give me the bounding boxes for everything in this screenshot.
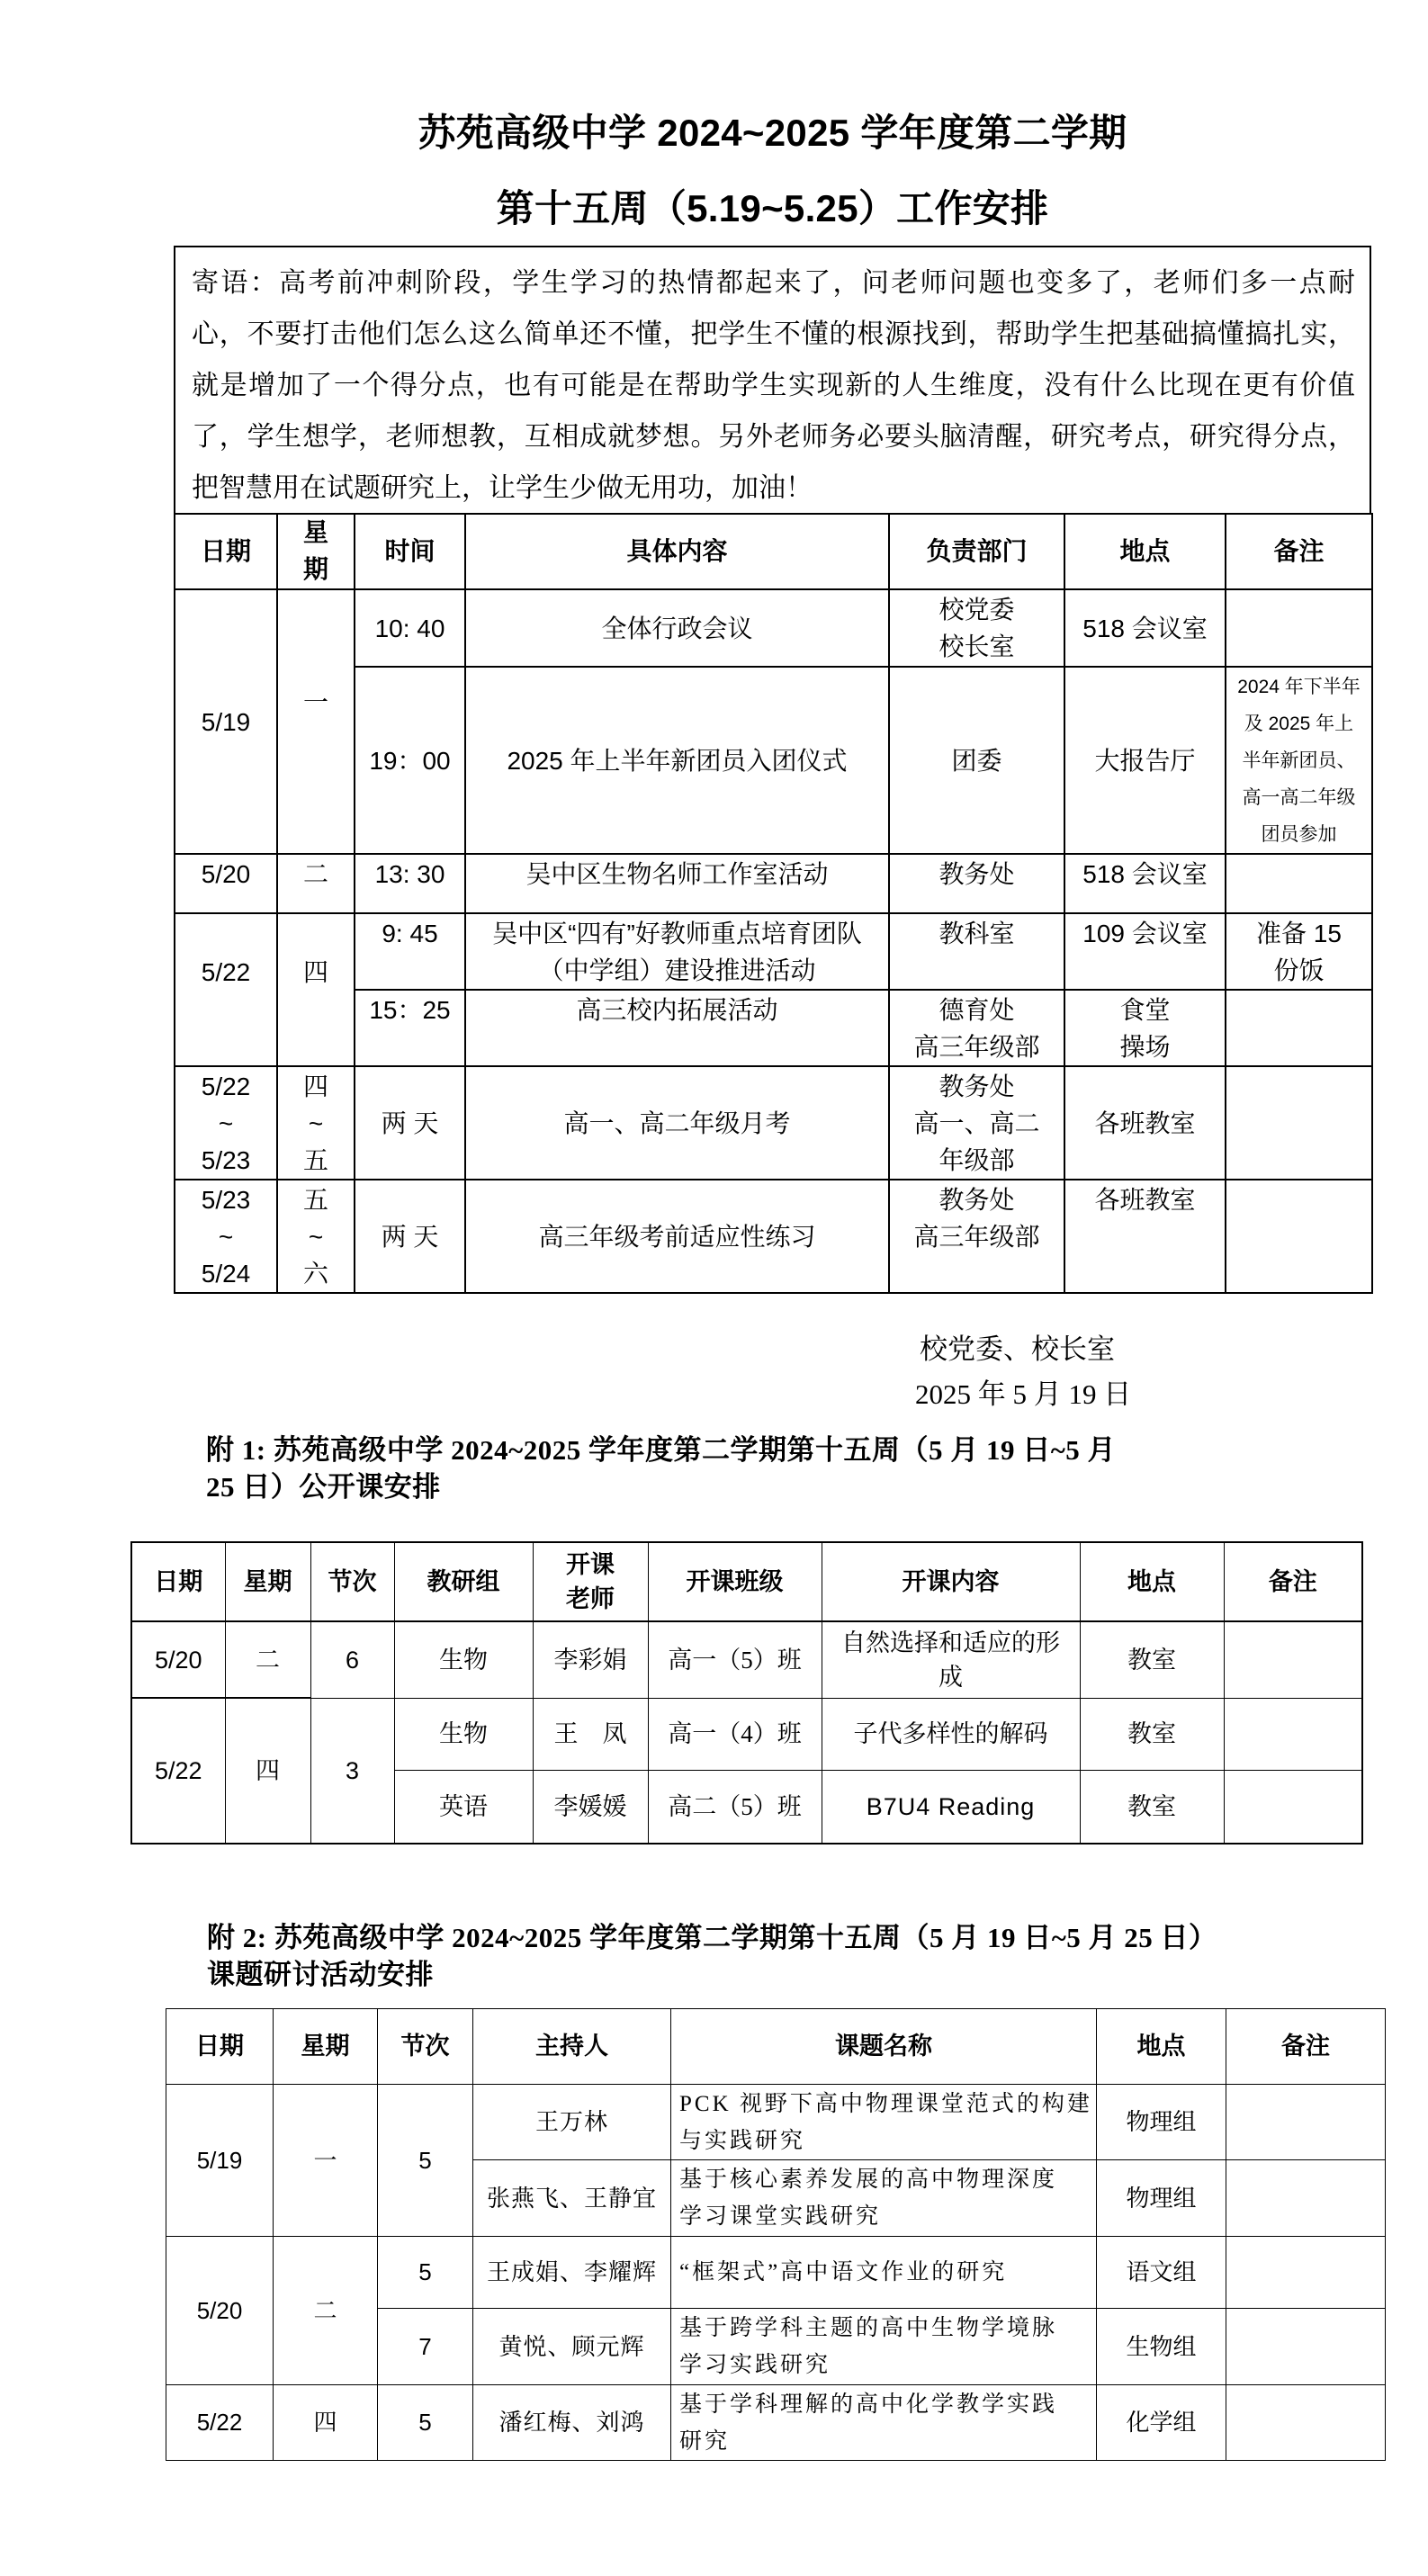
location-cell: 各班教室: [1064, 1180, 1226, 1293]
location-cell: 教室: [1080, 1621, 1224, 1698]
location-cell: 各班教室: [1064, 1066, 1226, 1180]
weekday-cell: 四: [274, 2385, 378, 2461]
period-cell: 6: [310, 1621, 394, 1698]
remarks-cell: [1226, 854, 1372, 913]
period-cell: 3: [310, 1698, 394, 1844]
table-row: 5/19 一 10: 40 全体行政会议 校党委 校长室 518 会议室: [175, 589, 1372, 667]
header-row: 日期 星期 节次 教研组 开课老师 开课班级 开课内容 地点 备注: [131, 1542, 1362, 1621]
table-row: 5/20 二 13: 30 吴中区生物名师工作室活动 教务处 518 会议室: [175, 854, 1372, 913]
motto-box: 寄语：高考前冲刺阶段，学生学习的热情都起来了，问老师问题也变多了，老师们多一点耐…: [174, 246, 1371, 514]
date-cell: 5/22: [166, 2385, 274, 2461]
date-cell: 5/22: [175, 913, 277, 1066]
location-cell: 109 会议室: [1064, 913, 1226, 990]
host-cell: 张燕飞、王静宜: [473, 2160, 671, 2237]
department-cell: 教务处 高一、高二 年级部: [889, 1066, 1064, 1180]
date-cell: 5/19: [175, 589, 277, 854]
topic-cell: PCK 视野下高中物理课堂范式的构建 与实践研究: [671, 2085, 1097, 2160]
location-cell: 化学组: [1097, 2385, 1226, 2461]
time-cell: 10: 40: [355, 589, 465, 667]
location-cell: 物理组: [1097, 2160, 1226, 2237]
remarks-cell: [1226, 1066, 1372, 1180]
remarks-cell: [1224, 1698, 1362, 1770]
table-row: 5/22 四 5 潘红梅、刘鸿 基于学科理解的高中化学教学实践 研究 化学组: [166, 2385, 1386, 2461]
header-date: 日期: [175, 514, 277, 589]
department-cell: 团委: [889, 667, 1064, 854]
remarks-cell: [1224, 1770, 1362, 1844]
content-cell: 高三校内拓展活动: [465, 990, 889, 1066]
department-cell: 教务处: [889, 854, 1064, 913]
header-content: 具体内容: [465, 514, 889, 589]
header-date: 日期: [166, 2009, 274, 2085]
header-weekday: 星期: [277, 514, 355, 589]
department-cell: 教务处 高三年级部: [889, 1180, 1064, 1293]
table-row: 5/23 ~ 5/24 五 ~ 六 两 天 高三年级考前适应性练习 教务处 高三…: [175, 1180, 1372, 1293]
remarks-cell: [1224, 1621, 1362, 1698]
attachment-1-heading: 附 1: 苏苑高级中学 2024~2025 学年度第二学期第十五周（5 月 19…: [206, 1432, 1116, 1505]
header-remarks: 备注: [1226, 2009, 1386, 2085]
open-classes-table: 日期 星期 节次 教研组 开课老师 开课班级 开课内容 地点 备注 5/20 二…: [130, 1541, 1363, 1844]
teaching-group-cell: 生物: [394, 1621, 533, 1698]
weekday-cell: 一: [274, 2085, 378, 2237]
location-cell: 物理组: [1097, 2085, 1226, 2160]
time-cell: 19：00: [355, 667, 465, 854]
lesson-content-cell: 子代多样性的解码: [822, 1698, 1080, 1770]
location-cell: 大报告厅: [1064, 667, 1226, 854]
remarks-cell: 准备 15 份饭: [1226, 913, 1372, 990]
weekday-cell: 四: [277, 913, 355, 1066]
date-cell: 5/20: [131, 1621, 225, 1698]
header-department: 负责部门: [889, 514, 1064, 589]
header-weekday: 星期: [225, 1542, 310, 1621]
research-activities-table: 日期 星期 节次 主持人 课题名称 地点 备注 5/19 一 5 王万林 PCK…: [166, 2008, 1386, 2461]
host-cell: 潘红梅、刘鸿: [473, 2385, 671, 2461]
header-location: 地点: [1080, 1542, 1224, 1621]
date-cell: 5/19: [166, 2085, 274, 2237]
remarks-cell: [1226, 1180, 1372, 1293]
weekday-cell: 五 ~ 六: [277, 1180, 355, 1293]
signature-date: 2025 年 5 月 19 日: [915, 1372, 1131, 1417]
date-cell: 5/20: [175, 854, 277, 913]
location-cell: 生物组: [1097, 2309, 1226, 2385]
header-weekday-label: 星期: [302, 515, 330, 588]
header-row: 日期 星期 时间 具体内容 负责部门 地点 备注: [175, 514, 1372, 589]
time-cell: 两 天: [355, 1180, 465, 1293]
motto-line: 就是增加了一个得分点，也有可能是在帮助学生实现新的人生维度，没有什么比现在更有价…: [192, 360, 1355, 411]
teacher-cell: 王 凤: [533, 1698, 648, 1770]
table-row: 5/22 四 9: 45 吴中区“四有”好教师重点培育团队 （中学组）建设推进活…: [175, 913, 1372, 990]
remarks-cell: [1226, 2385, 1386, 2461]
header-host: 主持人: [473, 2009, 671, 2085]
teacher-cell: 李媛媛: [533, 1770, 648, 1844]
remarks-cell: 2024 年下半年 及 2025 年上 半年新团员、 高一高二年级 团员参加: [1226, 667, 1372, 854]
lesson-content-cell: 自然选择和适应的形 成: [822, 1621, 1080, 1698]
time-cell: 9: 45: [355, 913, 465, 990]
table-row: 5/20 二 6 生物 李彩娟 高一（5）班 自然选择和适应的形 成 教室: [131, 1621, 1362, 1698]
table-row: 5/22 四 3 生物 王 凤 高一（4）班 子代多样性的解码 教室: [131, 1698, 1362, 1770]
remarks-cell: [1226, 2085, 1386, 2160]
location-cell: 语文组: [1097, 2237, 1226, 2309]
weekday-cell: 二: [225, 1621, 310, 1698]
attachment-1-heading-line: 附 1: 苏苑高级中学 2024~2025 学年度第二学期第十五周（5 月 19…: [206, 1432, 1116, 1468]
lesson-content-cell: B7U4 Reading: [822, 1770, 1080, 1844]
department-cell: 德育处 高三年级部: [889, 990, 1064, 1066]
date-cell: 5/22: [131, 1698, 225, 1844]
location-cell: 教室: [1080, 1770, 1224, 1844]
content-cell: 吴中区生物名师工作室活动: [465, 854, 889, 913]
weekday-cell: 二: [274, 2237, 378, 2385]
weekday-cell: 二: [277, 854, 355, 913]
table-row: 5/19 一 5 王万林 PCK 视野下高中物理课堂范式的构建 与实践研究 物理…: [166, 2085, 1386, 2160]
time-cell: 13: 30: [355, 854, 465, 913]
header-date: 日期: [131, 1542, 225, 1621]
class-cell: 高一（4）班: [648, 1698, 822, 1770]
header-teacher: 开课老师: [533, 1542, 648, 1621]
content-cell: 吴中区“四有”好教师重点培育团队 （中学组）建设推进活动: [465, 913, 889, 990]
motto-line: 寄语：高考前冲刺阶段，学生学习的热情都起来了，问老师问题也变多了，老师们多一点耐: [192, 257, 1355, 309]
weekday-cell: 四 ~ 五: [277, 1066, 355, 1180]
department-cell: 教科室: [889, 913, 1064, 990]
host-cell: 黄悦、顾元辉: [473, 2309, 671, 2385]
attachment-2-heading-line: 附 2: 苏苑高级中学 2024~2025 学年度第二学期第十五周（5 月 19…: [207, 1919, 1217, 1956]
page: 苏苑高级中学 2024~2025 学年度第二学期 第十五周（5.19~5.25）…: [0, 0, 1428, 2576]
remarks-cell: [1226, 2309, 1386, 2385]
teaching-group-cell: 生物: [394, 1698, 533, 1770]
location-cell: 食堂 操场: [1064, 990, 1226, 1066]
content-cell: 全体行政会议: [465, 589, 889, 667]
period-cell: 5: [378, 2085, 473, 2237]
date-cell: 5/23 ~ 5/24: [175, 1180, 277, 1293]
header-period: 节次: [310, 1542, 394, 1621]
period-cell: 7: [378, 2309, 473, 2385]
topic-cell: 基于学科理解的高中化学教学实践 研究: [671, 2385, 1097, 2461]
table-row: 15：25 高三校内拓展活动 德育处 高三年级部 食堂 操场: [175, 990, 1372, 1066]
header-teacher-label: 开课老师: [564, 1548, 616, 1616]
header-period: 节次: [378, 2009, 473, 2085]
table-row: 5/20 二 5 王成娟、李耀辉 “框架式”高中语文作业的研究 语文组: [166, 2237, 1386, 2309]
motto-label: 寄语：: [192, 268, 279, 298]
header-weekday: 星期: [274, 2009, 378, 2085]
motto-line: 了，学生想学，老师想教，互相成就梦想。另外老师务必要头脑清醒，研究考点，研究得分…: [192, 411, 1355, 462]
header-topic: 课题名称: [671, 2009, 1097, 2085]
class-cell: 高一（5）班: [648, 1621, 822, 1698]
teaching-group-cell: 英语: [394, 1770, 533, 1844]
table-row: 5/22 ~ 5/23 四 ~ 五 两 天 高一、高二年级月考 教务处 高一、高…: [175, 1066, 1372, 1180]
weekday-cell: 一: [277, 589, 355, 854]
period-cell: 5: [378, 2237, 473, 2309]
teacher-cell: 李彩娟: [533, 1621, 648, 1698]
attachment-2-heading-line: 课题研讨活动安排: [207, 1956, 1217, 1993]
header-time: 时间: [355, 514, 465, 589]
host-cell: 王成娟、李耀辉: [473, 2237, 671, 2309]
table-row: 19：00 2025 年上半年新团员入团仪式 团委 大报告厅 2024 年下半年…: [175, 667, 1372, 854]
department-cell: 校党委 校长室: [889, 589, 1064, 667]
time-cell: 两 天: [355, 1066, 465, 1180]
weekday-cell: 四: [225, 1698, 310, 1844]
header-lesson-content: 开课内容: [822, 1542, 1080, 1621]
attachment-2-heading: 附 2: 苏苑高级中学 2024~2025 学年度第二学期第十五周（5 月 19…: [207, 1919, 1217, 1993]
header-class: 开课班级: [648, 1542, 822, 1621]
content-cell: 高三年级考前适应性练习: [465, 1180, 889, 1293]
remarks-cell: [1226, 2237, 1386, 2309]
topic-cell: 基于跨学科主题的高中生物学境脉 学习实践研究: [671, 2309, 1097, 2385]
topic-cell: “框架式”高中语文作业的研究: [671, 2237, 1097, 2309]
location-cell: 教室: [1080, 1698, 1224, 1770]
header-teaching-group: 教研组: [394, 1542, 533, 1621]
date-cell: 5/22 ~ 5/23: [175, 1066, 277, 1180]
attachment-1-heading-line: 25 日）公开课安排: [206, 1468, 1116, 1505]
date-cell: 5/20: [166, 2237, 274, 2385]
location-cell: 518 会议室: [1064, 854, 1226, 913]
remarks-cell: [1226, 589, 1372, 667]
period-cell: 5: [378, 2385, 473, 2461]
header-row: 日期 星期 节次 主持人 课题名称 地点 备注: [166, 2009, 1386, 2085]
remarks-cell: [1226, 990, 1372, 1066]
topic-cell: 基于核心素养发展的高中物理深度 学习课堂实践研究: [671, 2160, 1097, 2237]
content-cell: 高一、高二年级月考: [465, 1066, 889, 1180]
motto-line: 把智慧用在试题研究上，让学生少做无用功，加油！: [192, 462, 1355, 514]
content-cell: 2025 年上半年新团员入团仪式: [465, 667, 889, 854]
header-remarks: 备注: [1224, 1542, 1362, 1621]
signature-issuer: 校党委、校长室: [920, 1327, 1115, 1372]
class-cell: 高二（5）班: [648, 1770, 822, 1844]
header-location: 地点: [1097, 2009, 1226, 2085]
host-cell: 王万林: [473, 2085, 671, 2160]
document-subtitle: 第十五周（5.19~5.25）工作安排: [174, 186, 1371, 231]
weekly-schedule-table: 日期 星期 时间 具体内容 负责部门 地点 备注 5/19 一 10: 40 全…: [174, 513, 1373, 1294]
header-remarks: 备注: [1226, 514, 1372, 589]
document-title: 苏苑高级中学 2024~2025 学年度第二学期: [174, 111, 1371, 156]
time-cell: 15：25: [355, 990, 465, 1066]
remarks-cell: [1226, 2160, 1386, 2237]
motto-text: 高考前冲刺阶段，学生学习的热情都起来了，问老师问题也变多了，老师们多一点耐: [279, 268, 1355, 298]
location-cell: 518 会议室: [1064, 589, 1226, 667]
header-location: 地点: [1064, 514, 1226, 589]
motto-line: 心，不要打击他们怎么这么简单还不懂，把学生不懂的根源找到，帮助学生把基础搞懂搞扎…: [192, 309, 1355, 360]
